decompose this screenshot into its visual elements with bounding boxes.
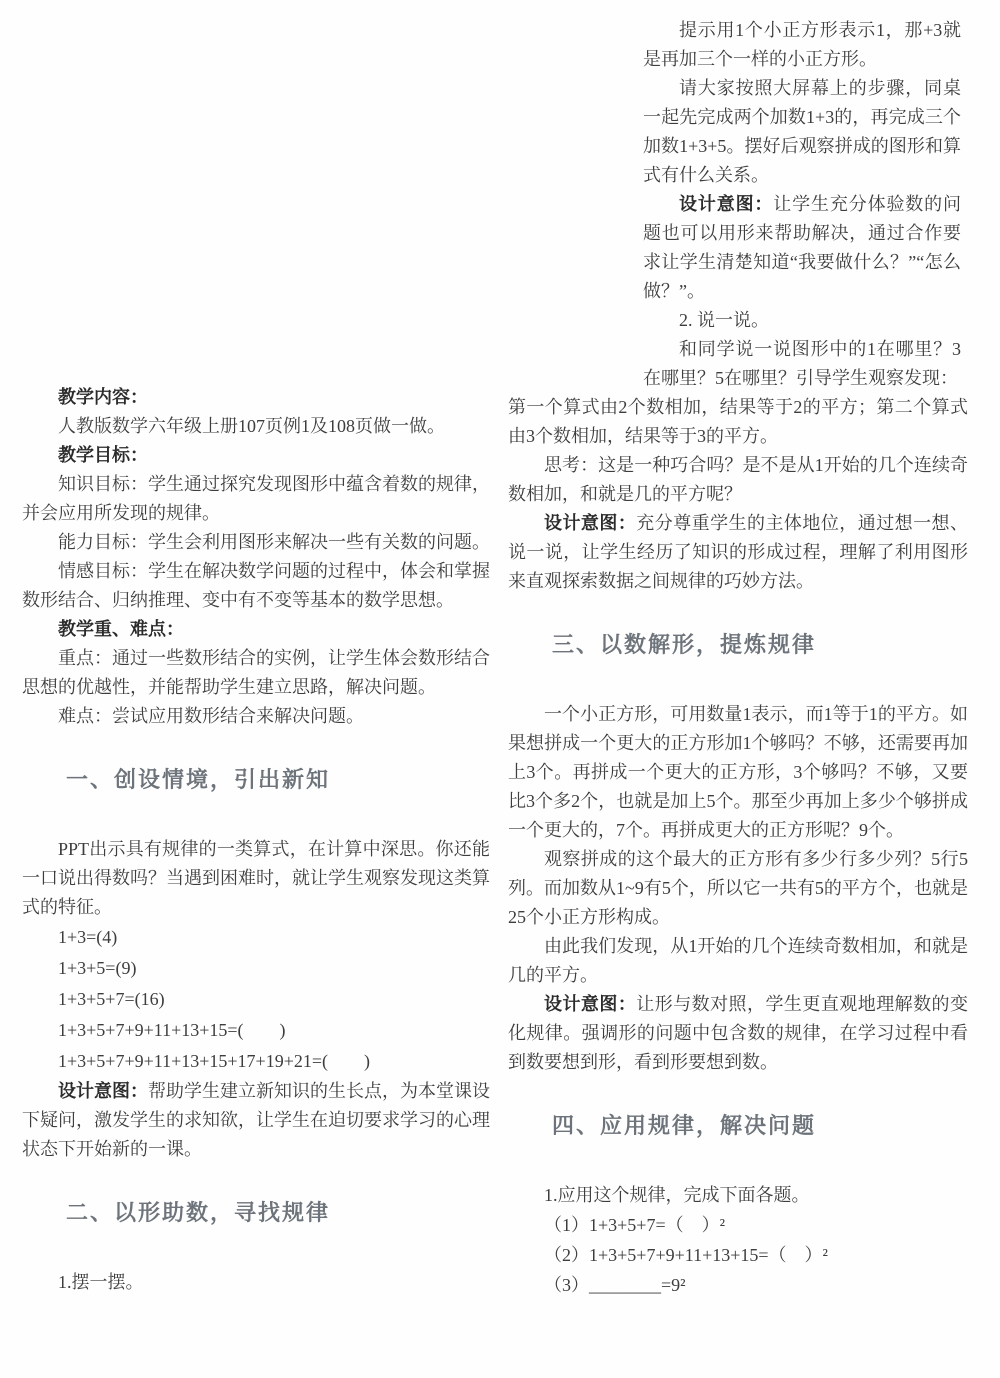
difficult-point-text: 难点：尝试应用数形结合来解决问题。 (22, 702, 490, 731)
design-intent-3: 设计意图：充分尊重学生的主体地位，通过想一想、说一说，让学生经历了知识的形成过程… (508, 509, 968, 596)
section3-paragraph-2: 观察拼成的这个最大的正方形有多少行多少列？5行5列。而加数从1~9有5个，所以它… (508, 845, 968, 932)
exercise-item: （3）________=9² (508, 1270, 968, 1300)
section4-intro: 1.应用这个规律，完成下面各题。 (508, 1181, 968, 1210)
design-intent-label: 设计意图： (544, 513, 636, 533)
section2-heading: 二、以形助数，寻找规律 (22, 1198, 490, 1228)
scanned-lesson-plan-page: 教学内容： 人教版数学六年级上册107页例1及108页做一做。 教学目标： 知识… (0, 0, 1000, 1378)
design-intent-label: 设计意图： (544, 994, 636, 1014)
ability-goal-text: 能力目标：学生会利用图形来解决一些有关数的问题。 (22, 528, 490, 557)
design-intent-4: 设计意图：让形与数对照，学生更直观地理解数的变化规律。强调形的问题中包含数的规律… (508, 990, 968, 1077)
section1-heading: 一、创设情境，引出新知 (22, 765, 490, 795)
step2-label: 2. 说一说。 (643, 306, 961, 335)
equation-line: 1+3+5+7=(16) (22, 984, 490, 1015)
equation-list: 1+3=(4) 1+3+5=(9) 1+3+5+7=(16) 1+3+5+7+9… (22, 922, 490, 1077)
design-intent-label: 设计意图： (58, 1081, 148, 1101)
design-intent-1: 设计意图：帮助学生建立新知识的生长点，为本堂课设下疑问，激发学生的求知欲，让学生… (22, 1077, 490, 1164)
left-column: 教学内容： 人教版数学六年级上册107页例1及108页做一做。 教学目标： 知识… (22, 383, 490, 1297)
equation-line: 1+3=(4) (22, 922, 490, 953)
design-intent-2: 设计意图：让学生充分体验数的问题也可以用形来帮助解决，通过合作要求让学生清楚知道… (643, 190, 961, 306)
equation-line: 1+3+5=(9) (22, 953, 490, 984)
section1-intro: PPT出示具有规律的一类算式，在计算中深思。你还能一口说出得数吗？当遇到困难时，… (22, 835, 490, 922)
teaching-goals-label: 教学目标： (22, 441, 490, 470)
hint-paragraph: 提示用1个小正方形表示1，那+3就是再加三个一样的小正方形。 (643, 16, 961, 74)
knowledge-goal-text: 知识目标：学生通过探究发现图形中蕴含着数的规律，并会应用所发现的规律。 (22, 470, 490, 528)
section3-paragraph-3: 由此我们发现，从1开始的几个连续奇数相加，和就是几的平方。 (508, 932, 968, 990)
discuss-continuation: 第一个算式由2个数相加，结果等于2的平方；第二个算式由3个数相加，结果等于3的平… (508, 393, 968, 451)
section4-heading: 四、应用规律，解决问题 (508, 1111, 968, 1141)
equation-line: 1+3+5+7+9+11+13+15+17+19+21=( ) (22, 1046, 490, 1077)
teaching-content-text: 人教版数学六年级上册107页例1及108页做一做。 (22, 412, 490, 441)
indented-text-block: 提示用1个小正方形表示1，那+3就是再加三个一样的小正方形。 请大家按照大屏幕上… (643, 16, 961, 393)
exercise-item: （2）1+3+5+7+9+11+13+15=（ ）² (508, 1240, 968, 1270)
key-point-text: 重点：通过一些数形结合的实例，让学生体会数形结合思想的优越性，并能帮助学生建立思… (22, 644, 490, 702)
discuss-paragraph: 和同学说一说图形中的1在哪里？3在哪里？5在哪里？引导学生观察发现： (643, 335, 961, 393)
key-points-label: 教学重、难点： (22, 615, 490, 644)
equation-line: 1+3+5+7+9+11+13+15=( ) (22, 1015, 490, 1046)
right-column: 提示用1个小正方形表示1，那+3就是再加三个一样的小正方形。 请大家按照大屏幕上… (508, 16, 968, 1300)
think-paragraph: 思考：这是一种巧合吗？是不是从1开始的几个连续奇数相加，和就是几的平方呢？ (508, 451, 968, 509)
section3-paragraph-1: 一个小正方形，可用数量1表示，而1等于1的平方。如果想拼成一个更大的正方形加1个… (508, 700, 968, 845)
activity-paragraph: 请大家按照大屏幕上的步骤，同桌一起先完成两个加数1+3的，再完成三个加数1+3+… (643, 74, 961, 190)
emotion-goal-text: 情感目标：学生在解决数学问题的过程中，体会和掌握数形结合、归纳推理、变中有不变等… (22, 557, 490, 615)
section2-step1: 1.摆一摆。 (22, 1268, 490, 1297)
section3-heading: 三、以数解形，提炼规律 (508, 630, 968, 660)
teaching-content-label: 教学内容： (22, 383, 490, 412)
exercise-item: （1）1+3+5+7=（ ）² (508, 1210, 968, 1240)
design-intent-label: 设计意图： (679, 194, 773, 214)
